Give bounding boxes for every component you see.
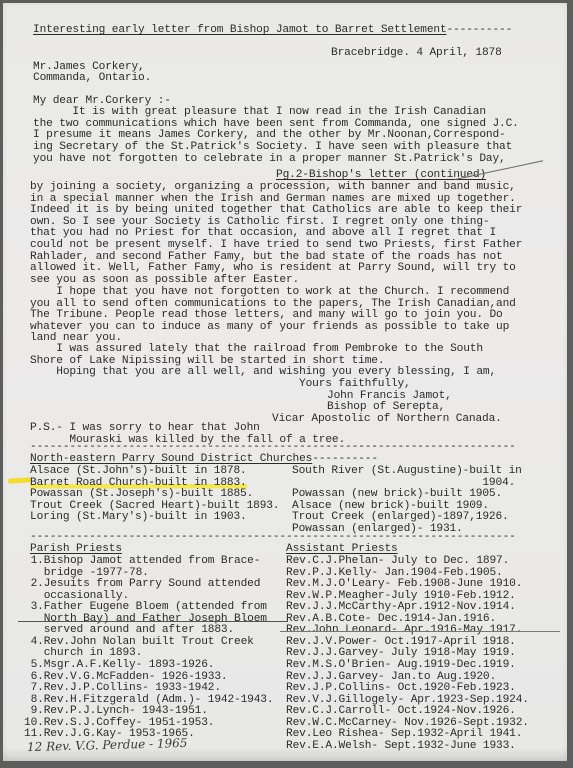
assistant-priest-entry: Rev.M.S.O'Brien- Aug.1919-Dec.1919. bbox=[286, 660, 516, 672]
postscript-line: P.S.- I was sorry to hear that John bbox=[30, 423, 260, 435]
document-title: Interesting early letter from Bishop Jam… bbox=[33, 24, 447, 36]
letter-line: ing Secretary of the St.Patrick's Societ… bbox=[33, 142, 512, 154]
churches-heading: North-eastern Parry Sound District Churc… bbox=[30, 453, 312, 465]
document-title-line: Interesting early letter from Bishop Jam… bbox=[33, 25, 512, 37]
assistant-priest-entry: Rev.C.J.Phelan- July to Dec. 1897. bbox=[286, 556, 509, 568]
letter-line: could not be present myself. I have trie… bbox=[30, 240, 522, 252]
separator-2: ----------------------------------------… bbox=[30, 532, 516, 544]
letter-line: by joining a society, organizing a proce… bbox=[30, 182, 516, 194]
separator-1: ----------------------------------------… bbox=[30, 442, 516, 454]
letter-line: I was assured lately that the railroad f… bbox=[30, 344, 483, 356]
pen-strike-line bbox=[18, 621, 288, 622]
assistant-priest-entry: Rev.E.A.Welsh- Sept.1932-June 1933. bbox=[286, 741, 516, 753]
assistant-priests-heading: Assistant Priests bbox=[286, 544, 398, 556]
letter-line: you have not forgotten to celebrate in a… bbox=[33, 154, 506, 166]
letter-line: see you as soon as possible after Easter… bbox=[30, 275, 299, 287]
assistant-priest-entry: Rev.M.J.O'Leary- Feb.1908-June 1910. bbox=[286, 579, 522, 591]
church-entry: Alsace (St.John's)-built in 1878. bbox=[30, 466, 247, 478]
letter-line: I hope that you have not forgotten to wo… bbox=[30, 287, 509, 299]
assistant-priest-entry: Rev.C.J.Carroll- Oct.1924-Nov.1926. bbox=[286, 706, 516, 718]
church-entry: Loring (St.Mary's)-built in 1903. bbox=[30, 512, 247, 524]
dateline: Bracebridge. 4 April, 1878 bbox=[331, 48, 502, 60]
parish-priest-entry: 1.Bishop Jamot attended from Brace- bbox=[24, 556, 260, 568]
closing-line: Hoping that you are all well, and wishin… bbox=[30, 367, 496, 379]
title-dashes: ---------- bbox=[447, 24, 513, 36]
parish-priest-entry: 5.Msgr.A.F.Kelly- 1893-1926. bbox=[24, 660, 214, 672]
letter-line: It is with great pleasure that I now rea… bbox=[33, 107, 486, 119]
church-entry: South River (St.Augustine)-built in bbox=[292, 466, 522, 478]
parish-priest-entry: 9.Rev.P.J.Lynch- 1943-1951. bbox=[24, 706, 208, 718]
addressee-place: Commanda, Ontario. bbox=[33, 73, 151, 85]
churches-heading-line: North-eastern Parry Sound District Churc… bbox=[30, 454, 378, 466]
signature-line: Yours faithfully, bbox=[299, 379, 411, 391]
signature-line: Vicar Apostolic of Northern Canada. bbox=[272, 414, 502, 426]
pen-line-assistant bbox=[280, 631, 560, 632]
parish-priests-heading: Parish Priests bbox=[30, 544, 122, 556]
parish-priest-entry: 7.Rev.J.P.Collins- 1933-1942. bbox=[24, 683, 221, 695]
assistant-priest-entry: Rev.J.P.Collins- Oct.1920-Feb.1923. bbox=[286, 683, 516, 695]
highlighted-text: Barret Road Church-built in 1883. bbox=[30, 477, 247, 489]
parish-priest-entry: 2.Jesuits from Parry Sound attended bbox=[24, 579, 260, 591]
